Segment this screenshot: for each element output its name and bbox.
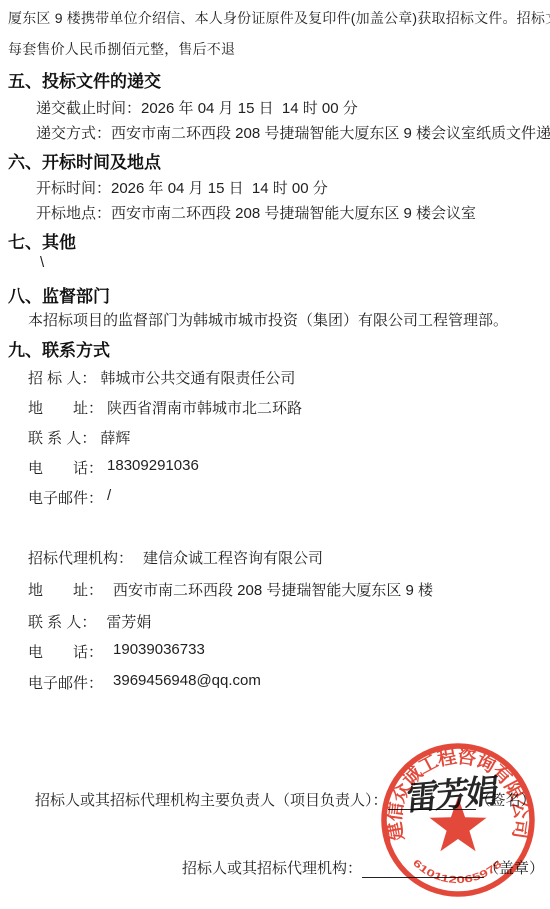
agency-name-label: 招标代理机构： [28, 547, 133, 568]
agency-address-label: 地 址： [28, 579, 103, 600]
tender-document-page: 厦东区 9 楼携带单位介绍信、本人身份证原件及复印件(加盖公章)获取招标文件。招… [0, 0, 550, 909]
tenderer-email-label: 电子邮件： [28, 487, 103, 508]
tenderer-phone-label: 电 话： [28, 457, 103, 478]
agency-stamp-line: 招标人或其招标代理机构： （盖章） [182, 857, 544, 878]
section5-title: 五、投标文件的递交 [8, 67, 161, 92]
agency-email-row: 电子邮件： 3969456948@qq.com [28, 672, 261, 693]
tenderer-contact-label: 联 系 人： [28, 427, 96, 448]
section5-method: 递交方式：西安市南二环西段 208 号捷瑞智能大厦东区 9 楼会议室纸质文件递交 [36, 124, 550, 144]
tenderer-email-value: / [107, 487, 111, 508]
agency-contact-row: 联 系 人： 雷芳娟 [28, 611, 151, 632]
agency-contact-value: 雷芳娟 [106, 611, 151, 632]
section8-title: 八、监督部门 [8, 282, 110, 307]
tenderer-address-label: 地 址： [28, 397, 103, 418]
intro-line-1: 厦东区 9 楼携带单位介绍信、本人身份证原件及复印件(加盖公章)获取招标文件。招… [8, 8, 550, 28]
agency-address-value: 西安市南二环西段 208 号捷瑞智能大厦东区 9 楼 [113, 579, 433, 600]
agency-phone-value: 19039036733 [113, 641, 205, 662]
agency-contact-label: 联 系 人： [28, 611, 96, 632]
tenderer-address-value: 陕西省渭南市韩城市北二环路 [107, 397, 302, 418]
tenderer-name-row: 招 标 人： 韩城市公共交通有限责任公司 [28, 367, 295, 388]
official-seal: 建信众诚工程咨询有限公司 610112065978 [369, 731, 547, 909]
tenderer-name-value: 韩城市公共交通有限责任公司 [100, 367, 295, 388]
agency-phone-label: 电 话： [28, 641, 103, 662]
tenderer-phone-value: 18309291036 [107, 457, 199, 478]
section7-body: \ [40, 253, 44, 273]
tenderer-contact-row: 联 系 人： 薛辉 [28, 427, 130, 448]
responsible-person-label: 招标人或其招标代理机构主要负责人（项目负责人）： [35, 789, 388, 810]
section6-place: 开标地点：西安市南二环西段 208 号捷瑞智能大厦东区 9 楼会议室 [36, 204, 476, 224]
tenderer-address-row: 地 址： 陕西省渭南市韩城市北二环路 [28, 397, 302, 418]
tenderer-email-row: 电子邮件： / [28, 487, 111, 508]
tenderer-phone-row: 电 话： 18309291036 [28, 457, 199, 478]
agency-stamp-label: 招标人或其招标代理机构： [182, 857, 362, 878]
section7-title: 七、其他 [8, 228, 76, 253]
section9-title: 九、联系方式 [8, 336, 110, 361]
agency-name-value: 建信众诚工程咨询有限公司 [143, 547, 323, 568]
section6-time: 开标时间：2026 年 04 月 15 日 14 时 00 分 [36, 179, 328, 199]
stamp-suffix: （盖章） [484, 857, 544, 878]
stamp-blank [362, 861, 484, 878]
agency-email-label: 电子邮件： [28, 672, 103, 693]
section5-deadline: 递交截止时间：2026 年 04 月 15 日 14 时 00 分 [36, 99, 358, 119]
section8-body: 本招标项目的监督部门为韩城市城市投资（集团）有限公司工程管理部。 [28, 311, 508, 331]
handwritten-signature: 雷芳娟 [404, 765, 498, 820]
agency-name-row: 招标代理机构： 建信众诚工程咨询有限公司 [28, 547, 323, 568]
intro-line-2: 每套售价人民币捌佰元整，售后不退 [8, 39, 235, 59]
tenderer-contact-value: 薛辉 [100, 427, 130, 448]
agency-phone-row: 电 话： 19039036733 [28, 641, 205, 662]
agency-email-value: 3969456948@qq.com [113, 672, 261, 693]
tenderer-name-label: 招 标 人： [28, 367, 96, 388]
agency-address-row: 地 址： 西安市南二环西段 208 号捷瑞智能大厦东区 9 楼 [28, 579, 433, 600]
section6-title: 六、开标时间及地点 [8, 148, 161, 173]
